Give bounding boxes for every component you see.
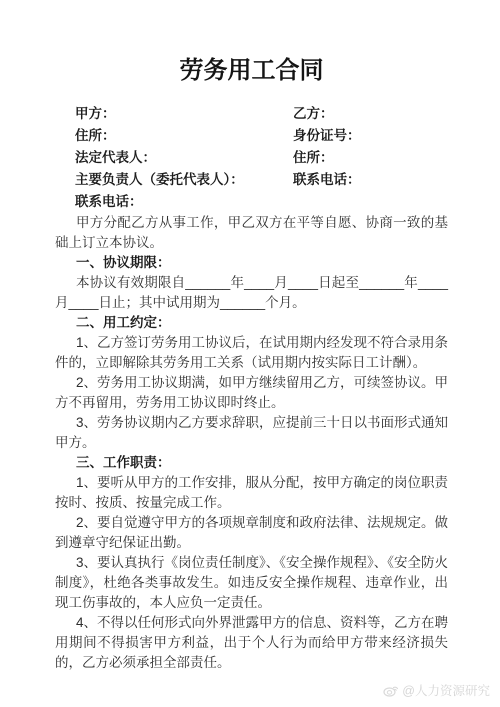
contract-page: 劳务用工合同 甲方： 住所： 法定代表人： 主要负责人（委托代表人）： 联系电话… bbox=[0, 0, 500, 673]
contract-body: 甲方分配乙方从事工作，甲乙双方在平等自愿、协商一致的基础上订立本协议。 一、协议… bbox=[55, 213, 448, 673]
field-label-yifang: 乙方： bbox=[293, 103, 448, 125]
intro-paragraph: 甲方分配乙方从事工作，甲乙双方在平等自愿、协商一致的基础上订立本协议。 bbox=[55, 213, 448, 253]
party-column-yifang: 乙方： 身份证号： 住所： 联系电话： bbox=[293, 103, 448, 213]
field-label-id-number: 身份证号： bbox=[293, 125, 448, 147]
field-label-jiafang: 甲方： bbox=[75, 103, 293, 125]
section-3-heading: 三、工作职责： bbox=[55, 453, 448, 473]
field-label-jiafang-address: 住所： bbox=[75, 125, 293, 147]
watermark: @人力资源研究 bbox=[383, 681, 490, 699]
field-label-yifang-phone: 联系电话： bbox=[293, 169, 448, 191]
section-1-heading: 一、协议期限： bbox=[55, 253, 448, 273]
field-label-yifang-address: 住所： bbox=[293, 147, 448, 169]
section-2-paragraph-3: 3、劳务协议期内乙方要求辞职，应提前三十日以书面形式通知甲方。 bbox=[55, 413, 448, 453]
section-2-paragraph-1: 1、乙方签订劳务用工协议后，在试用期内经发现不符合录用条件的，立即解除其劳务用工… bbox=[55, 333, 448, 373]
party-column-jiafang: 甲方： 住所： 法定代表人： 主要负责人（委托代表人）： 联系电话： bbox=[75, 103, 293, 213]
parties-block: 甲方： 住所： 法定代表人： 主要负责人（委托代表人）： 联系电话： 乙方： 身… bbox=[75, 103, 448, 213]
field-label-responsible-person: 主要负责人（委托代表人）： bbox=[75, 169, 293, 191]
page-title: 劳务用工合同 bbox=[55, 50, 448, 85]
section-3-paragraph-3: 3、要认真执行《岗位责任制度》、《安全操作规程》、《安全防火制度》，杜绝各类事故… bbox=[55, 553, 448, 613]
section-3-paragraph-4: 4、不得以任何形式向外界泄露甲方的信息、资料等，乙方在聘用期间不得损害甲方利益，… bbox=[55, 613, 448, 673]
section-1-paragraph-1: 本协议有效期限自______年____月____日起至______年____月_… bbox=[55, 273, 448, 313]
section-2-heading: 二、用工约定： bbox=[55, 313, 448, 333]
section-3-paragraph-2: 2、要自觉遵守甲方的各项规章制度和政府法律、法规规定。做到遵章守纪保证出勤。 bbox=[55, 513, 448, 553]
section-2-paragraph-2: 2、劳务用工协议期满，如甲方继续留用乙方，可续签协议。甲方不再留用，劳务用工协议… bbox=[55, 373, 448, 413]
watermark-text: @人力资源研究 bbox=[402, 681, 490, 699]
section-3-paragraph-1: 1、要听从甲方的工作安排，服从分配，按甲方确定的岗位职责按时、按质、按量完成工作… bbox=[55, 473, 448, 513]
field-label-legal-representative: 法定代表人： bbox=[75, 147, 293, 169]
weibo-icon bbox=[383, 684, 399, 697]
field-label-jiafang-phone: 联系电话： bbox=[75, 191, 293, 213]
